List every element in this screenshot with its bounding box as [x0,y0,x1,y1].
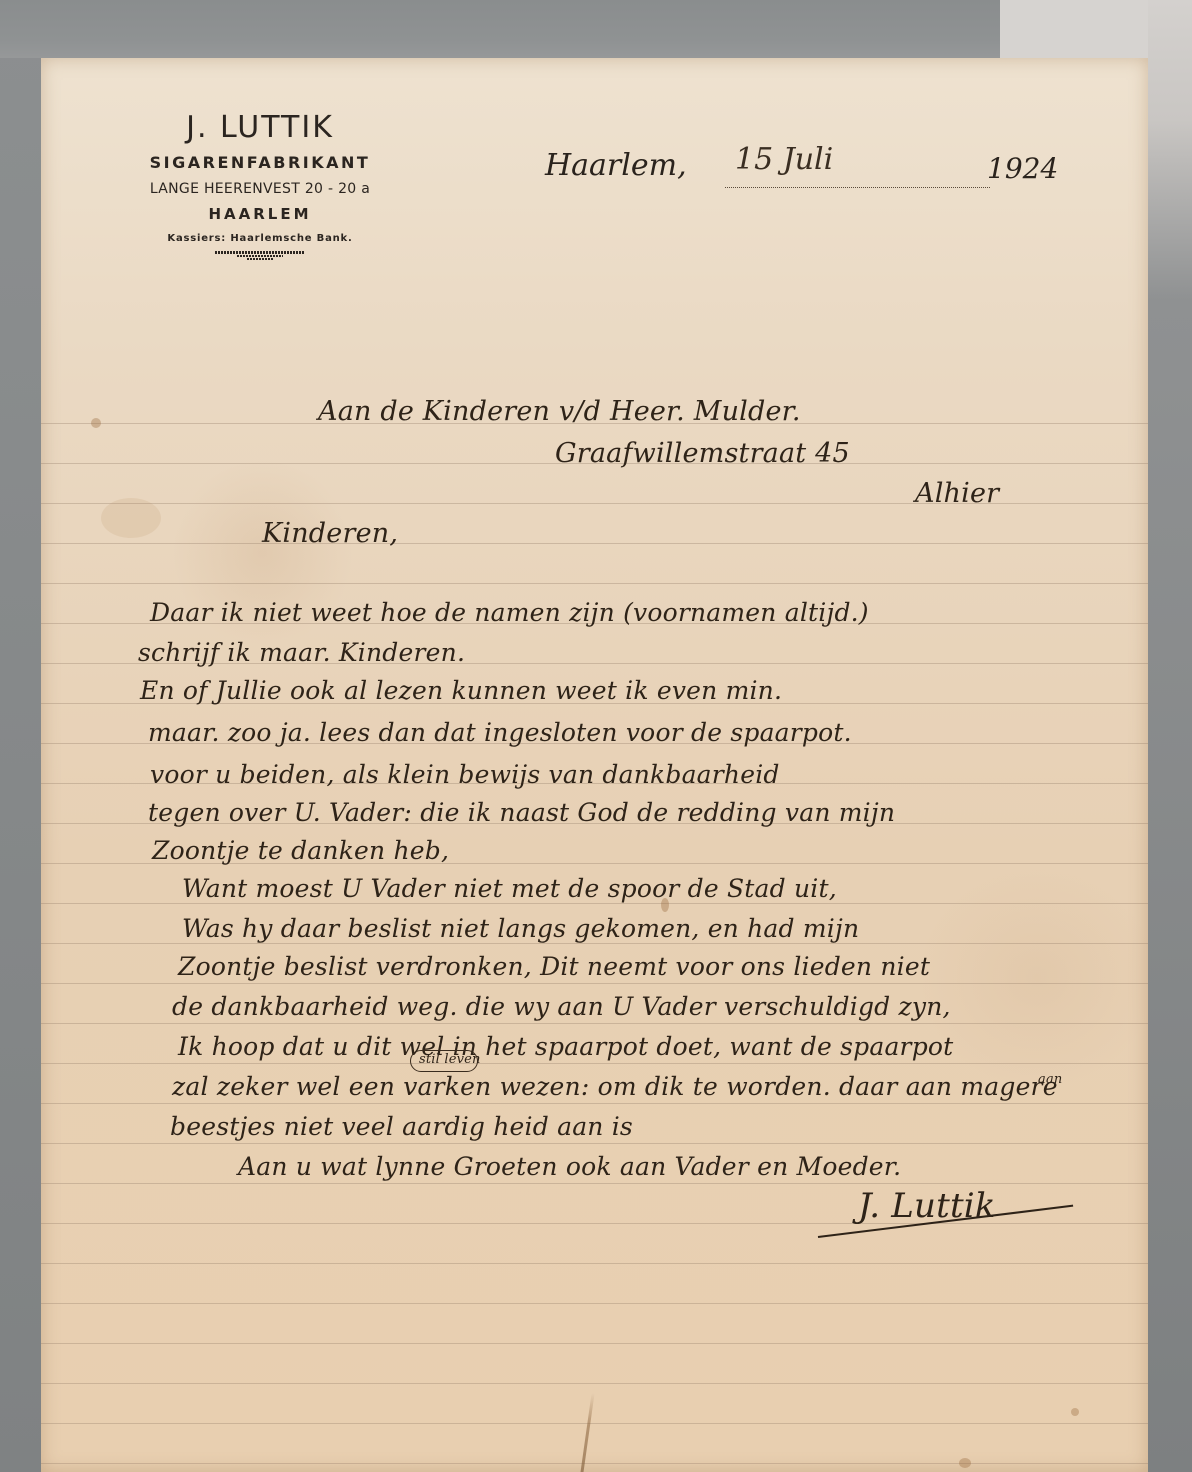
body-line: schrijf ik maar. Kinderen. [138,638,465,667]
date-city: Haarlem, [545,148,687,183]
ruled-line [41,903,1148,904]
recipient-line-1: Aan de Kinderen v/d Heer. Mulder. [318,396,801,427]
paper-stain [91,418,101,428]
body-line: Was hy daar beslist niet langs gekomen, … [182,914,859,943]
body-line: zal zeker wel een varken wezen: om dik t… [172,1072,1058,1101]
annotation-insert: stil leven [419,1052,481,1067]
ornament-icon [215,251,305,261]
date-day-month: 15 Juli [735,142,833,177]
ruled-line [41,1023,1148,1024]
paper-stain [1071,1408,1079,1416]
ruled-line [41,1343,1148,1344]
letterhead: J. LUTTIK SIGARENFABRIKANT LANGE HEERENV… [100,110,420,261]
ruled-line [41,1183,1148,1184]
company-name: J. LUTTIK [100,110,420,146]
ruled-line [41,983,1148,984]
company-city: HAARLEM [100,203,420,225]
body-line: tegen over U. Vader: die ik naast God de… [148,798,895,827]
company-bank: Kassiers: Haarlemsche Bank. [100,231,420,247]
ruled-line [41,1423,1148,1424]
body-line: Ik hoop dat u dit wel in het spaarpot do… [178,1032,953,1061]
company-trade: SIGARENFABRIKANT [100,152,420,174]
closing-line: Aan u wat lynne Groeten ook aan Vader en… [238,1152,901,1181]
ruled-line [41,1383,1148,1384]
paper-tear [580,1393,594,1472]
ruled-line [41,1303,1148,1304]
body-line: de dankbaarheid weg. die wy aan U Vader … [172,992,951,1021]
annotation-box: stil leven [410,1050,478,1072]
scan-background-right [1148,0,1192,1472]
body-line: Daar ik niet weet hoe de namen zijn (voo… [150,598,869,627]
body-line: Want moest U Vader niet met de spoor de … [182,874,837,903]
salutation: Kinderen, [262,518,398,549]
ruled-line [41,543,1148,544]
ruled-line [41,1063,1148,1064]
scan-background-left [0,0,41,1472]
ruled-line [41,583,1148,584]
body-line: Zoontje beslist verdronken, Dit neemt vo… [178,952,930,981]
dateline: Haarlem, 15 Juli 1924 [545,140,1065,210]
date-dotted-line [725,187,990,188]
body-line: En of Jullie ook al lezen kunnen weet ik… [140,676,782,705]
ruled-line [41,943,1148,944]
body-line: beestjes niet veel aardig heid aan is [170,1112,633,1141]
date-year: 1924 [987,152,1058,185]
ruled-line [41,1143,1148,1144]
ruled-line [41,1263,1148,1264]
annotation-superscript: aan [1038,1072,1062,1087]
body-line: voor u beiden, als klein bewijs van dank… [150,760,780,789]
signature: J. Luttik [858,1186,996,1226]
ruled-line [41,1463,1148,1464]
paper-stain [101,498,161,538]
ruled-line [41,1103,1148,1104]
company-address: LANGE HEERENVEST 20 - 20 a [100,179,420,199]
paper-stain [959,1458,971,1468]
recipient-line-2: Graafwillemstraat 45 [555,438,850,469]
body-line: Zoontje te danken heb, [152,836,449,865]
recipient-line-3: Alhier [915,478,999,509]
body-line: maar. zoo ja. lees dan dat ingesloten vo… [148,718,852,747]
